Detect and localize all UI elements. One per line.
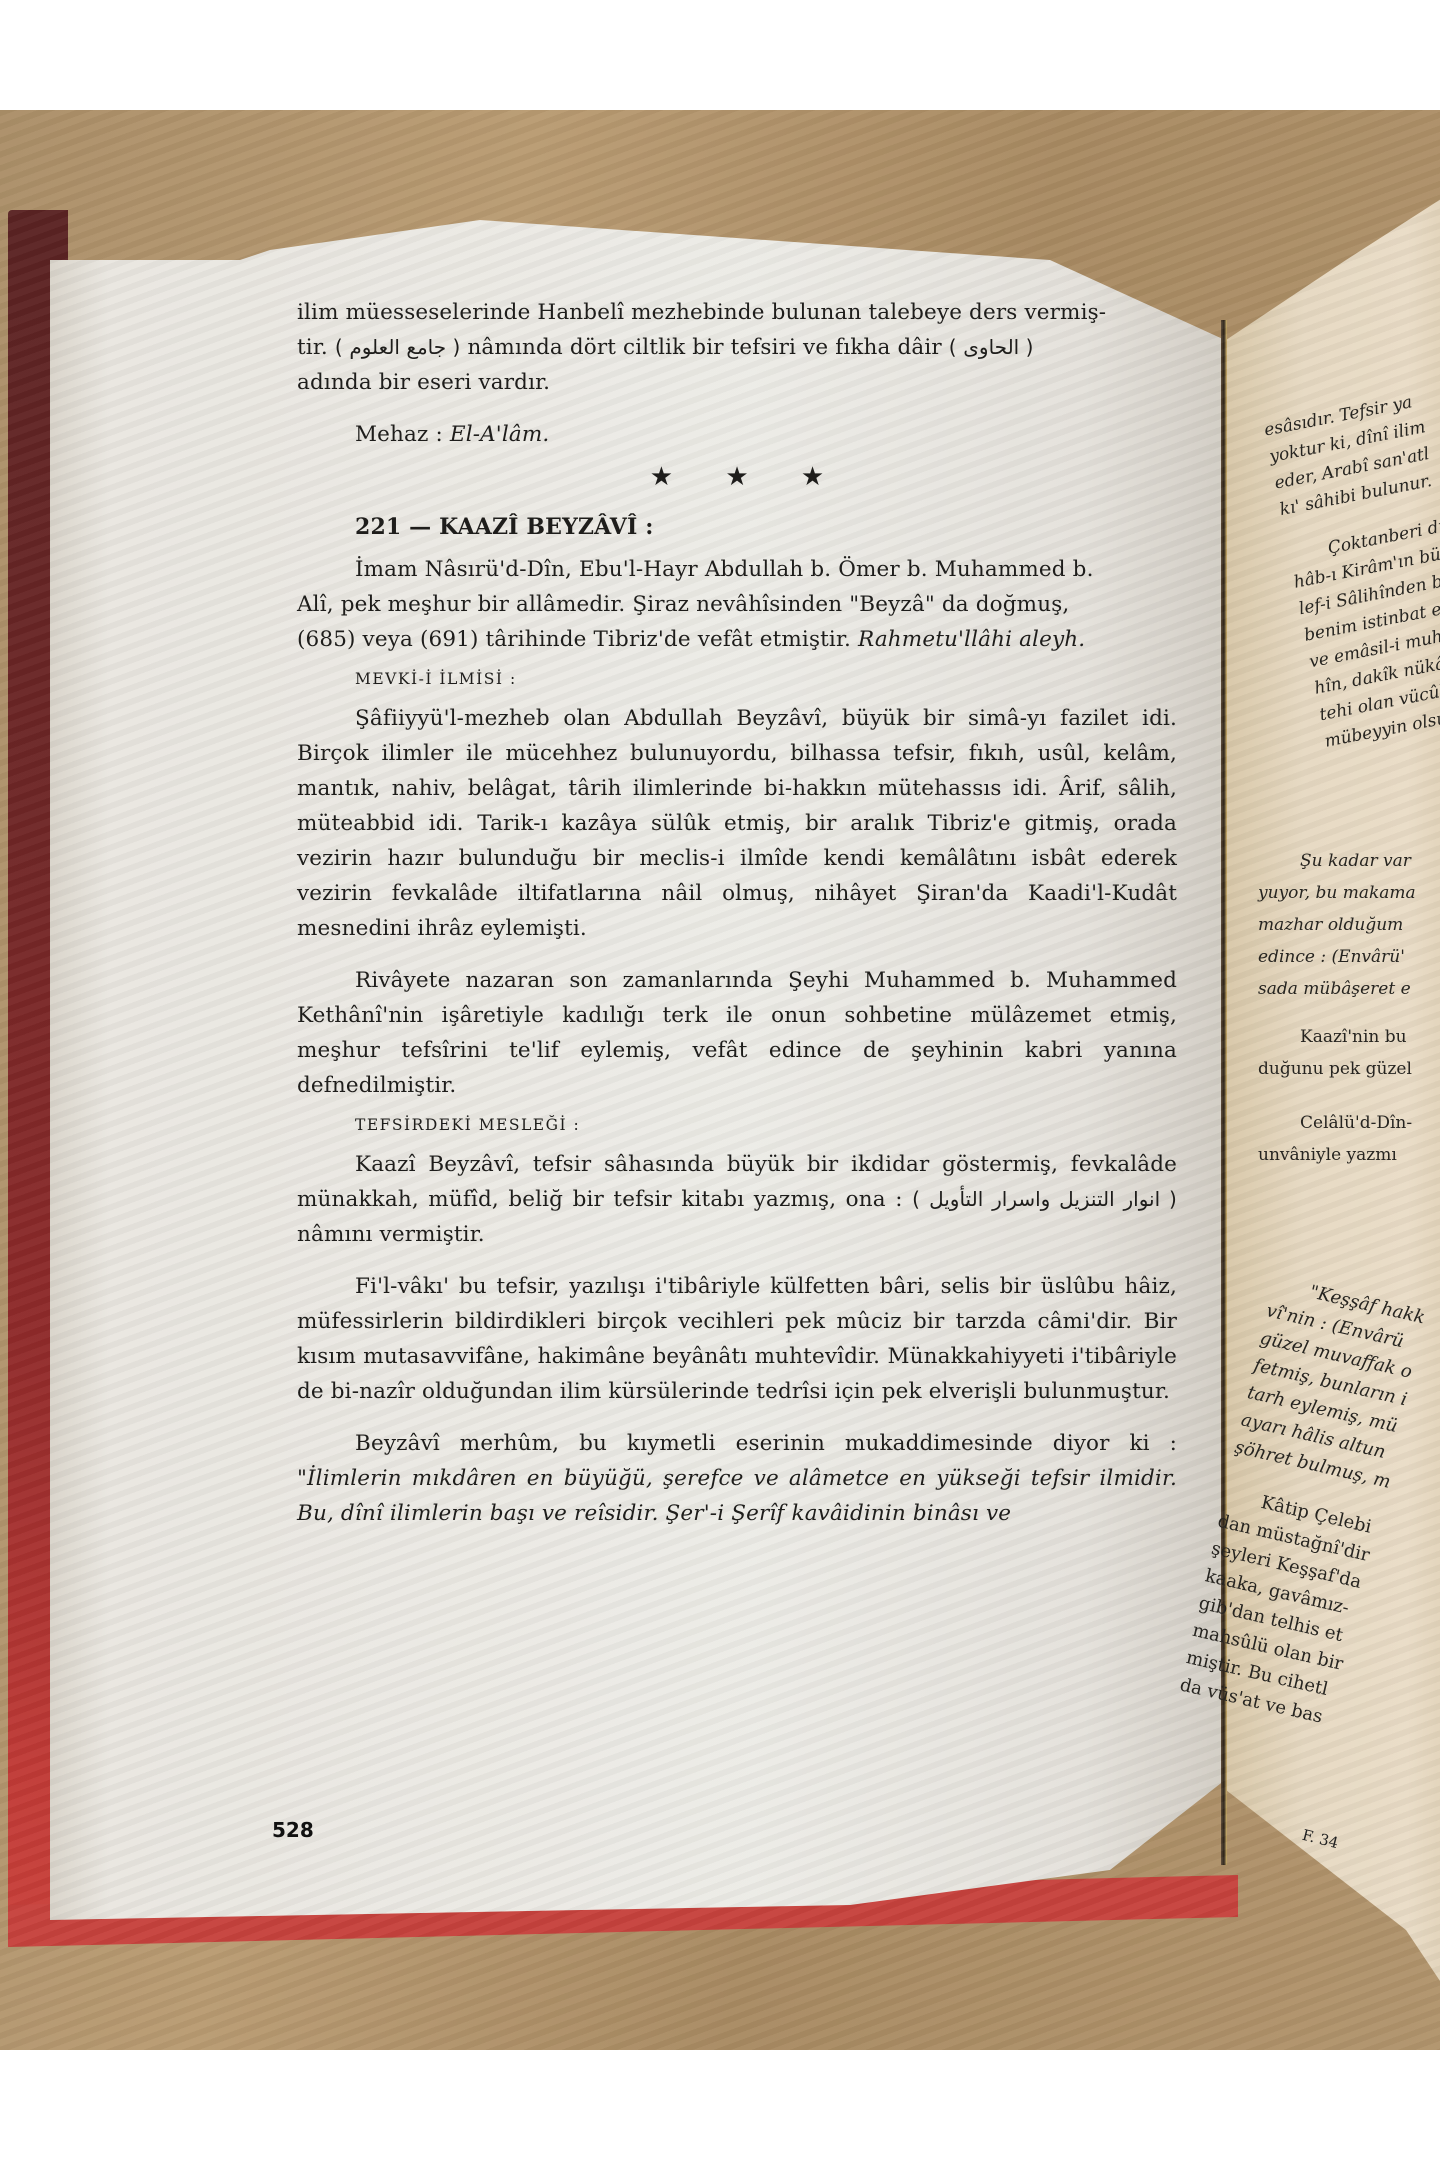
text-fragment: Beyzâvî merhûm, bu kıymetli eserinin muk… (355, 1431, 1177, 1456)
left-page-text: ilim müesseselerinde Hanbelî mezhebinde … (297, 295, 1177, 1531)
entry-heading: 221 — KAAZÎ BEYZÂVÎ : (297, 502, 1177, 552)
text-line: edince : (Envârü' (1258, 941, 1440, 973)
text-line: tir. ( جامع العلوم ) nâmında dört ciltli… (297, 330, 1177, 365)
text-fragment: nâmını vermiştir. (297, 1222, 485, 1247)
subheading: TEFSİRDEKİ MESLEĞİ : (297, 1103, 1177, 1147)
text-line: yuyor, bu makama (1258, 877, 1440, 909)
subheading: MEVKİ-İ İLMİSİ : (297, 657, 1177, 701)
source-line: Mehaz : El-A'lâm. (297, 417, 1177, 452)
text-line: Kaazî'nin bu (1258, 1021, 1440, 1053)
text-fragment: tir. (297, 335, 328, 360)
page-number: 528 (272, 1818, 314, 1842)
paragraph: Fi'l-vâkı' bu tefsir, yazılışı i'tibâriy… (297, 1269, 1177, 1409)
source-value: El-A'lâm. (450, 422, 550, 447)
quote-text: "İlimlerin mıkdâren en büyüğü, şerefce v… (297, 1466, 1177, 1526)
source-label: Mehaz : (355, 422, 443, 447)
text-line: duğunu pek güzel (1258, 1053, 1440, 1085)
text-line: Celâlü'd-Dîn- (1258, 1107, 1440, 1139)
text-line: Alî, pek meşhur bir allâmedir. Şiraz nev… (297, 587, 1177, 622)
text-line: adında bir eseri vardır. (297, 365, 1177, 400)
text-line: Şu kadar var (1258, 845, 1440, 877)
paragraph: Beyzâvî merhûm, bu kıymetli eserinin muk… (297, 1426, 1177, 1531)
section-separator: ★ ★ ★ (297, 452, 1177, 502)
text-line: İmam Nâsırü'd-Dîn, Ebu'l-Hayr Abdullah b… (297, 552, 1177, 587)
text-fragment: nâmında dört ciltlik bir tefsiri ve fıkh… (467, 335, 941, 360)
text-line: ilim müesseselerinde Hanbelî mezhebinde … (297, 295, 1177, 330)
text-line: (685) veya (691) târihinde Tibriz'de vef… (297, 622, 1177, 657)
text-line: unvâniyle yazmı (1258, 1139, 1440, 1171)
right-page-middle-text: Şu kadar var yuyor, bu makama mazhar old… (1258, 845, 1440, 1171)
arabic-title: ( انوار التنزيل واسرار التأويل ) (912, 1187, 1177, 1211)
paragraph: Kaazî Beyzâvî, tefsir sâhasında büyük bi… (297, 1147, 1177, 1252)
text-fragment: (685) veya (691) târihinde Tibriz'de vef… (297, 627, 851, 652)
arabic-title: ( الحاوى ) (949, 335, 1034, 359)
text-line: mazhar olduğum (1258, 909, 1440, 941)
arabic-title: ( جامع العلوم ) (335, 335, 461, 359)
paragraph: Rivâyete nazaran son zamanlarında Şeyhi … (297, 963, 1177, 1103)
text-fragment: Rahmetu'llâhi aleyh. (858, 627, 1085, 652)
paragraph: Şâfiiyyü'l-mezheb olan Abdullah Beyzâvî,… (297, 701, 1177, 946)
text-line: sada mübâşeret e (1258, 973, 1440, 1005)
